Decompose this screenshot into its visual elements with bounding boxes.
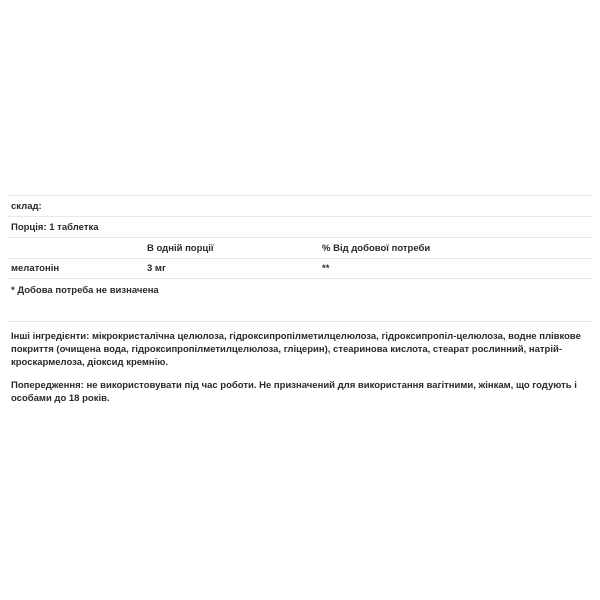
ingredient-daily-value: ** bbox=[319, 263, 592, 274]
divider bbox=[8, 321, 592, 322]
footnote: * Добова потреба не визначена bbox=[8, 279, 592, 321]
composition-title: склад: bbox=[8, 201, 42, 212]
warning-text: Попередження: не використовувати під час… bbox=[8, 379, 592, 405]
table-header-row: В одній порції % Від добової потреби bbox=[8, 237, 592, 258]
header-daily-value: % Від добової потреби bbox=[319, 243, 592, 254]
serving-size: Порція: 1 таблетка bbox=[8, 222, 99, 233]
serving-size-row: Порція: 1 таблетка bbox=[8, 216, 592, 237]
other-ingredients-text: Інші інгредієнти: мікрокристалічна целюл… bbox=[8, 330, 592, 369]
ingredient-amount: 3 мг bbox=[144, 263, 319, 274]
table-row: мелатонін 3 мг ** bbox=[8, 258, 592, 279]
header-per-serving: В одній порції bbox=[144, 243, 319, 254]
composition-title-row: склад: bbox=[8, 195, 592, 216]
supplement-facts-panel: склад: Порція: 1 таблетка В одній порції… bbox=[8, 195, 592, 405]
ingredient-name: мелатонін bbox=[8, 263, 144, 274]
